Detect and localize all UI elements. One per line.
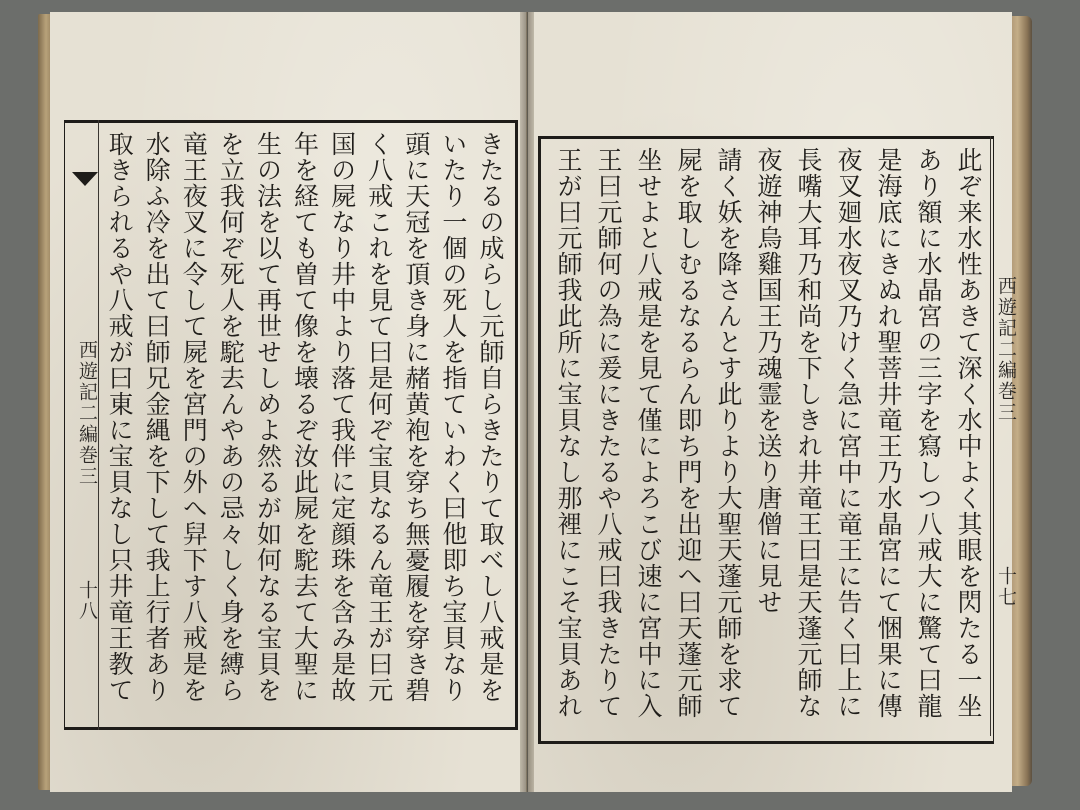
text-column: いたり一個の死人を指ていわく曰他即ち宝貝なり八戒是を見れば那死人 (435, 131, 472, 719)
text-column: 請く妖を降さんとす此りより大聖天蓬元師を求て烏雞国王の (707, 147, 747, 733)
text-column: あり額に水晶宮の三字を寫しつ八戒大に驚て曰龍了々 (907, 147, 947, 733)
right-page-text-frame: 此ぞ来水性あきて深く水中よく其眼を閃たる一坐の殿閣 あり額に水晶宮の三字を寫しつ… (538, 136, 994, 744)
text-column: 屍を取しむるなるらん即ち門を出迎へ曰天蓬元師請裡に入て (667, 147, 707, 733)
left-page-columns: きたるの成らし元師自らきたりて取べし八戒是を引て御庭の いたり一個の死人を指てい… (101, 131, 509, 719)
left-page-text-frame: きたるの成らし元師自らきたりて取べし八戒是を引て御庭の いたり一個の死人を指てい… (64, 120, 518, 730)
text-column: 坐せよと八戒是を見て僅によろこび速に宮中に入上面に坐す竜 (627, 147, 667, 733)
text-column: 是海底にきぬれ聖菩井竜王乃水晶宮にて悃果に傳え (867, 147, 907, 733)
text-column: 年を経ても曽て像を壊るぞ汝此屍を駝去て大聖に示さ起死回 (286, 131, 323, 719)
text-column: 生の法を以て再世せしめよ然るが如何なる宝貝を得んや八戒腹 (249, 131, 286, 719)
text-column: 夜叉廻水夜叉乃けく急に宮中に竜王に告く曰上に一個乃 (827, 147, 867, 733)
text-column: 夜遊神烏雞国王乃魂霊を送り唐僧に見せ (747, 147, 787, 733)
fish-tail-mark-icon (72, 172, 98, 186)
text-column: 頭に天冠を頂き身に赭黄袍を穿ち無憂履を穿き碧玉帯を繋 (398, 131, 435, 719)
right-page-columns: 此ぞ来水性あきて深く水中よく其眼を閃たる一坐の殿閣 あり額に水晶宮の三字を寫しつ… (547, 147, 987, 733)
text-column: 国の屍なり井中より落て我伴に定顔珠を含み是故烏雞 (324, 131, 361, 719)
text-column: 長嘴大耳乃和尚を下しきれ井竜王曰是天蓬元師なり (787, 147, 827, 733)
left-page-margin-strip: 西遊記二編巻三 十八 (72, 120, 99, 730)
page-number: 十八 (74, 580, 101, 622)
text-column: 竜王夜叉に令して屍を宮門の外へ舁下す八戒是を見て (175, 131, 212, 719)
margin-title: 西遊記二編巻三 (993, 276, 1020, 423)
text-column: 取きられるや八戒が曰東に宝貝なし只井竜王教て我に一個の屍を駝 (101, 131, 138, 719)
book-gutter (520, 12, 534, 792)
right-page-margin-strip: 西遊記二編巻三 十七 (990, 136, 1017, 736)
text-column: 此ぞ来水性あきて深く水中よく其眼を閃たる一坐の殿閣 (947, 147, 987, 733)
text-column: 水除ふ冷を出て曰師兄金縄を下して我上行者あり汝宝貝を (138, 131, 175, 719)
text-column: きたるの成らし元師自らきたりて取べし八戒是を引て御庭の (472, 131, 509, 719)
text-column: を立我何ぞ死人を駝去んやあの忌々しく身を縛らせて出る (212, 131, 249, 719)
margin-title: 西遊記二編巻三 (74, 340, 101, 487)
page-number: 十七 (993, 566, 1020, 608)
open-book: きたるの成らし元師自らきたりて取べし八戒是を引て御庭の いたり一個の死人を指てい… (0, 0, 1080, 810)
text-column: 王曰元師何の為に爰にきたるや八戒曰我きたりて宝貝を求む竜 (587, 147, 627, 733)
text-column: く八戒これを見て曰是何ぞ宝貝なるん竜王が曰元師ふ故に三 (361, 131, 398, 719)
text-column: 王が曰元師我此所に宝貝なし那裡にこそ宝貝あれども我取べし (547, 147, 587, 733)
